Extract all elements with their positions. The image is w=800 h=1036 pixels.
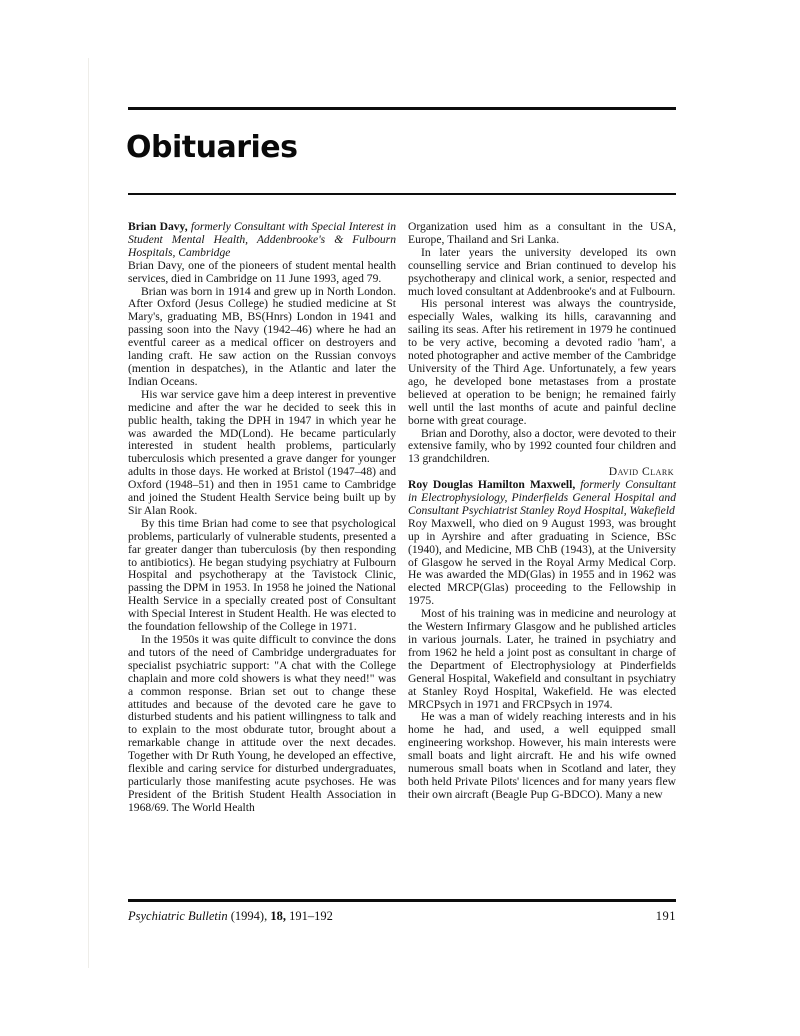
paragraph: By this time Brian had come to see that …	[128, 518, 396, 634]
obituary-heading-brian-davy: Brian Davy, formerly Consultant with Spe…	[128, 221, 396, 260]
obituary-name: Roy Douglas Hamilton Maxwell,	[408, 478, 575, 491]
paragraph: His war service gave him a deep interest…	[128, 389, 396, 518]
paragraph: His personal interest was always the cou…	[408, 298, 676, 427]
left-column: Brian Davy, formerly Consultant with Spe…	[128, 221, 396, 815]
footer-volume: 18,	[270, 909, 286, 923]
paragraph: Brian and Dorothy, also a doctor, were d…	[408, 428, 676, 467]
footer-citation: Psychiatric Bulletin (1994), 18, 191–192	[128, 909, 333, 924]
right-column: Organization used him as a consultant in…	[408, 221, 676, 815]
footer: Psychiatric Bulletin (1994), 18, 191–192…	[128, 909, 676, 924]
footer-rule	[128, 899, 676, 902]
paragraph: Brian was born in 1914 and grew up in No…	[128, 286, 396, 389]
footer-page-range: 191–192	[289, 909, 333, 923]
title-underline-rule	[128, 193, 676, 195]
paragraph: In later years the university developed …	[408, 247, 676, 299]
footer-issue-year: (1994),	[231, 909, 267, 923]
two-column-text: Brian Davy, formerly Consultant with Spe…	[128, 221, 676, 815]
page-number: 191	[656, 909, 676, 924]
paragraph-continuation: Organization used him as a consultant in…	[408, 221, 676, 247]
paragraph: Most of his training was in medicine and…	[408, 608, 676, 711]
journal-name: Psychiatric Bulletin	[128, 909, 228, 923]
top-rule	[128, 107, 676, 110]
paragraph: Roy Maxwell, who died on 9 August 1993, …	[408, 518, 676, 608]
obituary-heading-roy-maxwell: Roy Douglas Hamilton Maxwell, formerly C…	[408, 479, 676, 518]
page-title: Obituaries	[126, 128, 297, 168]
paragraph: He was a man of widely reaching interest…	[408, 711, 676, 801]
obituary-name: Brian Davy,	[128, 220, 188, 233]
paragraph: In the 1950s it was quite difficult to c…	[128, 634, 396, 815]
paragraph: Brian Davy, one of the pioneers of stude…	[128, 260, 396, 286]
